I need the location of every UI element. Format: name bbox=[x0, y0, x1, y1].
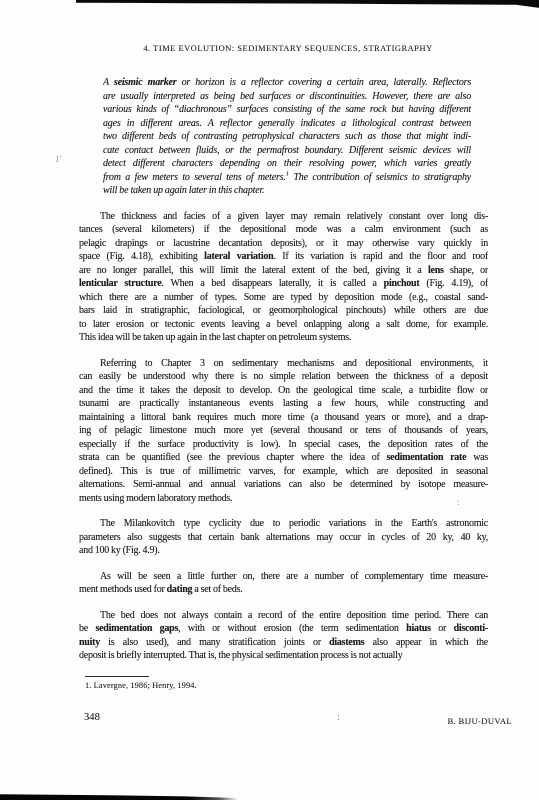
margin-stray-mark: 1' bbox=[55, 154, 61, 164]
lateral-variation-paragraph: The thickness and facies of a given laye… bbox=[79, 210, 488, 345]
scan-edge-artifact-top bbox=[76, 0, 539, 8]
text-line: Referring to Chapter 3 on sedimentary me… bbox=[79, 357, 488, 371]
dating-paragraph: As will be seen a little further on, the… bbox=[79, 570, 488, 597]
text-line: This idea will be taken up again in the … bbox=[79, 331, 488, 345]
text-line: can easily be understood why there is no… bbox=[79, 370, 488, 384]
text-line: A seismic marker or horizon is a reflect… bbox=[103, 76, 471, 90]
text-line: ments using modern laboratory methods. bbox=[79, 492, 488, 506]
running-author: B. BIJU-DUVAL bbox=[447, 716, 512, 726]
page-number: 348 bbox=[84, 712, 100, 723]
text-line: The bed does not always contain a record… bbox=[79, 609, 488, 623]
text-line: to later erosion or tectonic events leav… bbox=[79, 318, 488, 332]
footnote-rule bbox=[85, 676, 149, 677]
footnote: 1. Lavergne, 1986; Henry, 1994. bbox=[85, 681, 197, 690]
text-line: and the time it takes the deposit to dev… bbox=[79, 384, 488, 398]
footer-stray-mark: : bbox=[337, 712, 340, 723]
text-line: maintaining a littoral bank requires muc… bbox=[79, 411, 488, 425]
text-line: strata can be quantified (see the previo… bbox=[79, 451, 488, 465]
text-line: The thickness and facies of a given laye… bbox=[79, 210, 488, 224]
text-line: tsunami are practically instantaneous ev… bbox=[79, 397, 488, 411]
text-line: will be taken up again later in this cha… bbox=[103, 184, 471, 198]
text-line: two different beds of contrasting petrop… bbox=[103, 130, 471, 144]
body-text-column: A seismic marker or horizon is a reflect… bbox=[79, 76, 488, 675]
text-line: various kinds of “diachronous” surfaces … bbox=[103, 103, 471, 117]
book-page-scan: 1' : : 4. TIME EVOLUTION: SEDIMENTARY SE… bbox=[0, 0, 539, 800]
text-line: defined). This is true of millimetric va… bbox=[79, 465, 488, 479]
text-line: which there are a number of types. Some … bbox=[79, 291, 488, 305]
text-line: parameters also suggests that certain ba… bbox=[79, 531, 488, 545]
text-line: are no longer parallel, this will limit … bbox=[79, 264, 488, 278]
text-line: detect different characters depending on… bbox=[103, 157, 471, 171]
text-line: from a few meters to several tens of met… bbox=[103, 171, 471, 185]
text-line: alternations. Semi-annual and annual var… bbox=[79, 478, 488, 492]
text-line: The Milankovitch type cyclicity due to p… bbox=[79, 517, 488, 531]
sedimentation-gaps-paragraph: The bed does not always contain a record… bbox=[79, 609, 488, 663]
text-line: ages in different areas. A reflector gen… bbox=[103, 117, 471, 131]
text-line: lenticular structure. When a bed disappe… bbox=[79, 277, 488, 291]
text-line: ment methods used for dating a set of be… bbox=[79, 583, 488, 597]
seismic-marker-quote: A seismic marker or horizon is a reflect… bbox=[103, 76, 471, 198]
milankovitch-paragraph: The Milankovitch type cyclicity due to p… bbox=[79, 517, 488, 558]
text-line: and 100 ky (Fig. 4.9). bbox=[79, 544, 488, 558]
text-line: ing of pelagic limestone much more yet (… bbox=[79, 424, 488, 438]
text-line: bars laid in stratigraphic, faciological… bbox=[79, 304, 488, 318]
scan-edge-artifact-bottom bbox=[0, 793, 238, 800]
text-line: be sedimentation gaps, with or without e… bbox=[79, 622, 488, 636]
running-header: 4. TIME EVOLUTION: SEDIMENTARY SEQUENCES… bbox=[88, 44, 488, 53]
text-line: are usually interpreted as being bed sur… bbox=[103, 90, 471, 104]
text-line: space (Fig. 4.18), exhibiting lateral va… bbox=[79, 250, 488, 264]
text-line: cate contact between fluids, or the perm… bbox=[103, 144, 471, 158]
deposition-rates-paragraph: Referring to Chapter 3 on sedimentary me… bbox=[79, 357, 488, 506]
text-line: As will be seen a little further on, the… bbox=[79, 570, 488, 584]
text-line: especially if the surface productivity i… bbox=[79, 438, 488, 452]
text-line: pelagic drapings or lacustrine decantati… bbox=[79, 237, 488, 251]
text-line: tances (several kilometers) if the depos… bbox=[79, 223, 488, 237]
text-line: deposit is briefly interrupted. That is,… bbox=[79, 649, 488, 663]
text-line: nuity is also used), and many stratifica… bbox=[79, 636, 488, 650]
